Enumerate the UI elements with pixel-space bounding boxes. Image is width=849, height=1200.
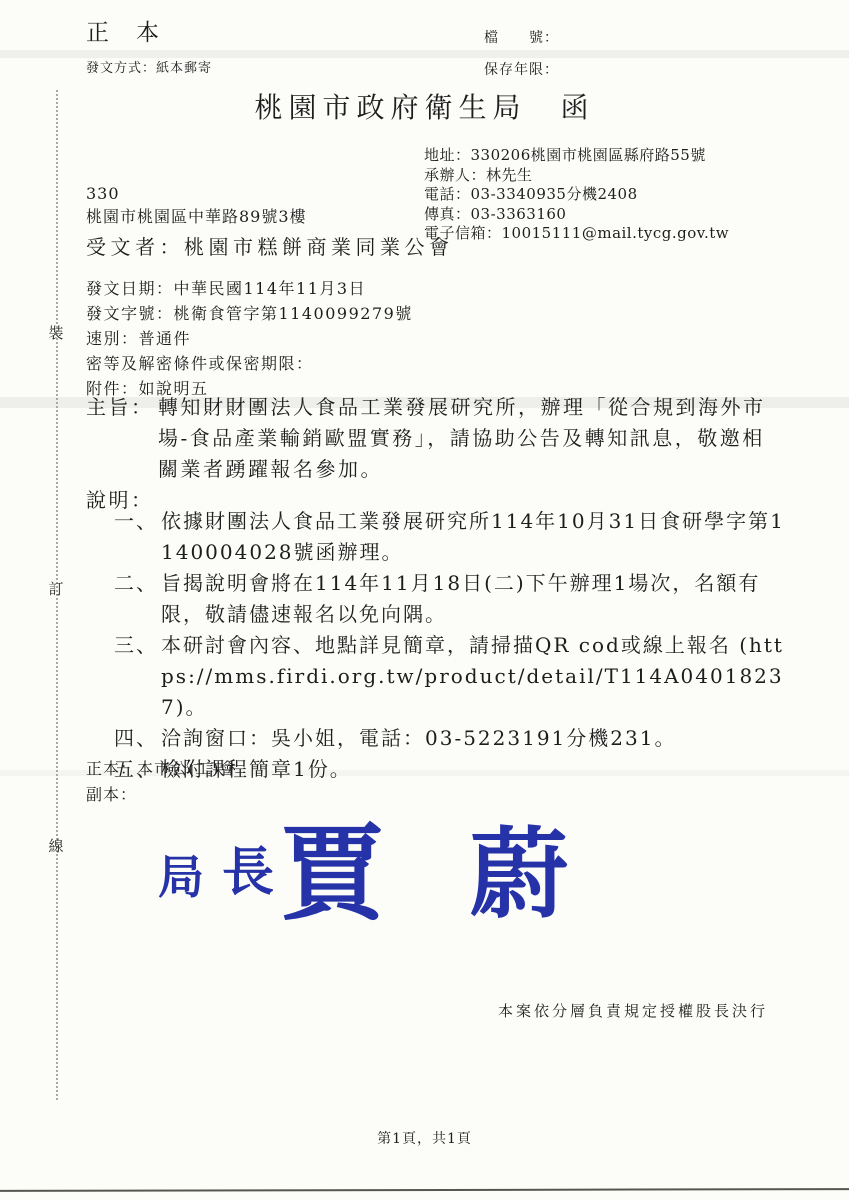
item-marker: 一、 (114, 506, 161, 568)
item-marker: 二、 (114, 568, 161, 630)
stamp-role-char: 局 (158, 854, 204, 900)
stamp-role-char: 長 (222, 847, 274, 899)
binding-mark-xian: 線 (43, 835, 69, 856)
sender-fax: 傳真：03-3363160 (424, 205, 729, 225)
scanned-official-letter: 裝 訂 線 正 本 發文方式：紙本郵寄 檔 號： 保存年限： 桃園市政府衛生局 … (0, 0, 849, 1200)
sender-phone: 電話：03-3340935分機2408 (424, 185, 729, 205)
page-indicator: 第1頁，共1頁 (0, 1128, 849, 1148)
list-item: 二、 旨揭說明會將在114年11月18日(二)下午辦理1場次，名額有限，敬請儘速… (114, 568, 804, 630)
binding-mark-zhuang: 裝 (43, 322, 69, 343)
document-title: 桃園市政府衛生局 函 (0, 86, 849, 126)
copy-type-label: 正 本 (86, 14, 161, 47)
recipient-street-address: 桃園市桃園區中華路89號3樓 (86, 205, 307, 228)
authorization-note: 本案依分層負責規定授權股長決行 (498, 1000, 768, 1021)
classification: 密等及解密條件或保密期限： (86, 351, 413, 376)
item-text: 依據財團法人食品工業發展研究所114年10月31日食研學字第1140004028… (161, 506, 791, 568)
list-item: 三、 本研討會內容、地點詳見簡章，請掃描QR cod或線上報名 (https:/… (114, 630, 804, 723)
item-text: 旨揭說明會將在114年11月18日(二)下午辦理1場次，名額有限，敬請儘速報名以… (161, 568, 791, 630)
list-item: 一、 依據財團法人食品工業發展研究所114年10月31日食研學字第1140004… (114, 506, 804, 568)
description-items: 一、 依據財團法人食品工業發展研究所114年10月31日食研學字第1140004… (114, 506, 804, 785)
issue-date: 發文日期：中華民國114年11月3日 (86, 276, 413, 301)
distribution-block: 正本：本市公(工)會 副本： (86, 756, 237, 808)
sender-email: 電子信箱：10015111@mail.tycg.gov.tw (424, 224, 729, 244)
recipient-line: 受文者：桃園市糕餅商業同業公會 (86, 231, 454, 260)
director-signature-stamp: 局 長 賈 蔚 (140, 812, 640, 957)
item-marker: 三、 (114, 630, 161, 723)
priority: 速別：普通件 (86, 326, 413, 351)
sender-handler: 承辦人：林先生 (424, 166, 729, 186)
recipient-address-block: 330 桃園市桃園區中華路89號3樓 (86, 182, 307, 228)
retention-period-label: 保存年限： (484, 59, 559, 79)
distribution-copy: 副本： (86, 782, 237, 808)
list-item: 四、 洽詢窗口：吳小姐，電話：03-5223191分機231。 (114, 723, 804, 754)
paper-bottom-edge (0, 1188, 849, 1192)
subject-label: 主旨： (86, 392, 158, 485)
stamp-name-char: 賈 (280, 822, 384, 926)
item-text: 檢附課程簡章1份。 (161, 754, 791, 785)
distribution-original: 正本：本市公(工)會 (86, 756, 237, 782)
item-marker: 四、 (114, 723, 161, 754)
recipient-postal-code: 330 (86, 182, 307, 205)
item-text: 本研討會內容、地點詳見簡章，請掃描QR cod或線上報名 (https://mm… (161, 630, 791, 723)
delivery-method: 發文方式：紙本郵寄 (86, 57, 212, 76)
item-text: 洽詢窗口：吳小姐，電話：03-5223191分機231。 (161, 723, 791, 754)
file-number-label: 檔 號： (484, 27, 559, 47)
reference-number: 發文字號：桃衛食管字第1140099279號 (86, 301, 413, 326)
stamp-name-char: 蔚 (470, 826, 568, 924)
subject-row: 主旨： 轉知財財團法人食品工業發展研究所，辦理「從合規到海外市場-食品產業輸銷歐… (86, 392, 786, 485)
binding-mark-ding: 訂 (43, 578, 69, 599)
sender-address: 地址：330206桃園市桃園區縣府路55號 (424, 146, 729, 166)
sender-contact-block: 地址：330206桃園市桃園區縣府路55號 承辦人：林先生 電話：03-3340… (424, 146, 729, 244)
subject-text: 轉知財財團法人食品工業發展研究所，辦理「從合規到海外市場-食品產業輸銷歐盟實務」… (158, 392, 786, 485)
document-meta-block: 發文日期：中華民國114年11月3日 發文字號：桃衛食管字第1140099279… (86, 276, 413, 401)
